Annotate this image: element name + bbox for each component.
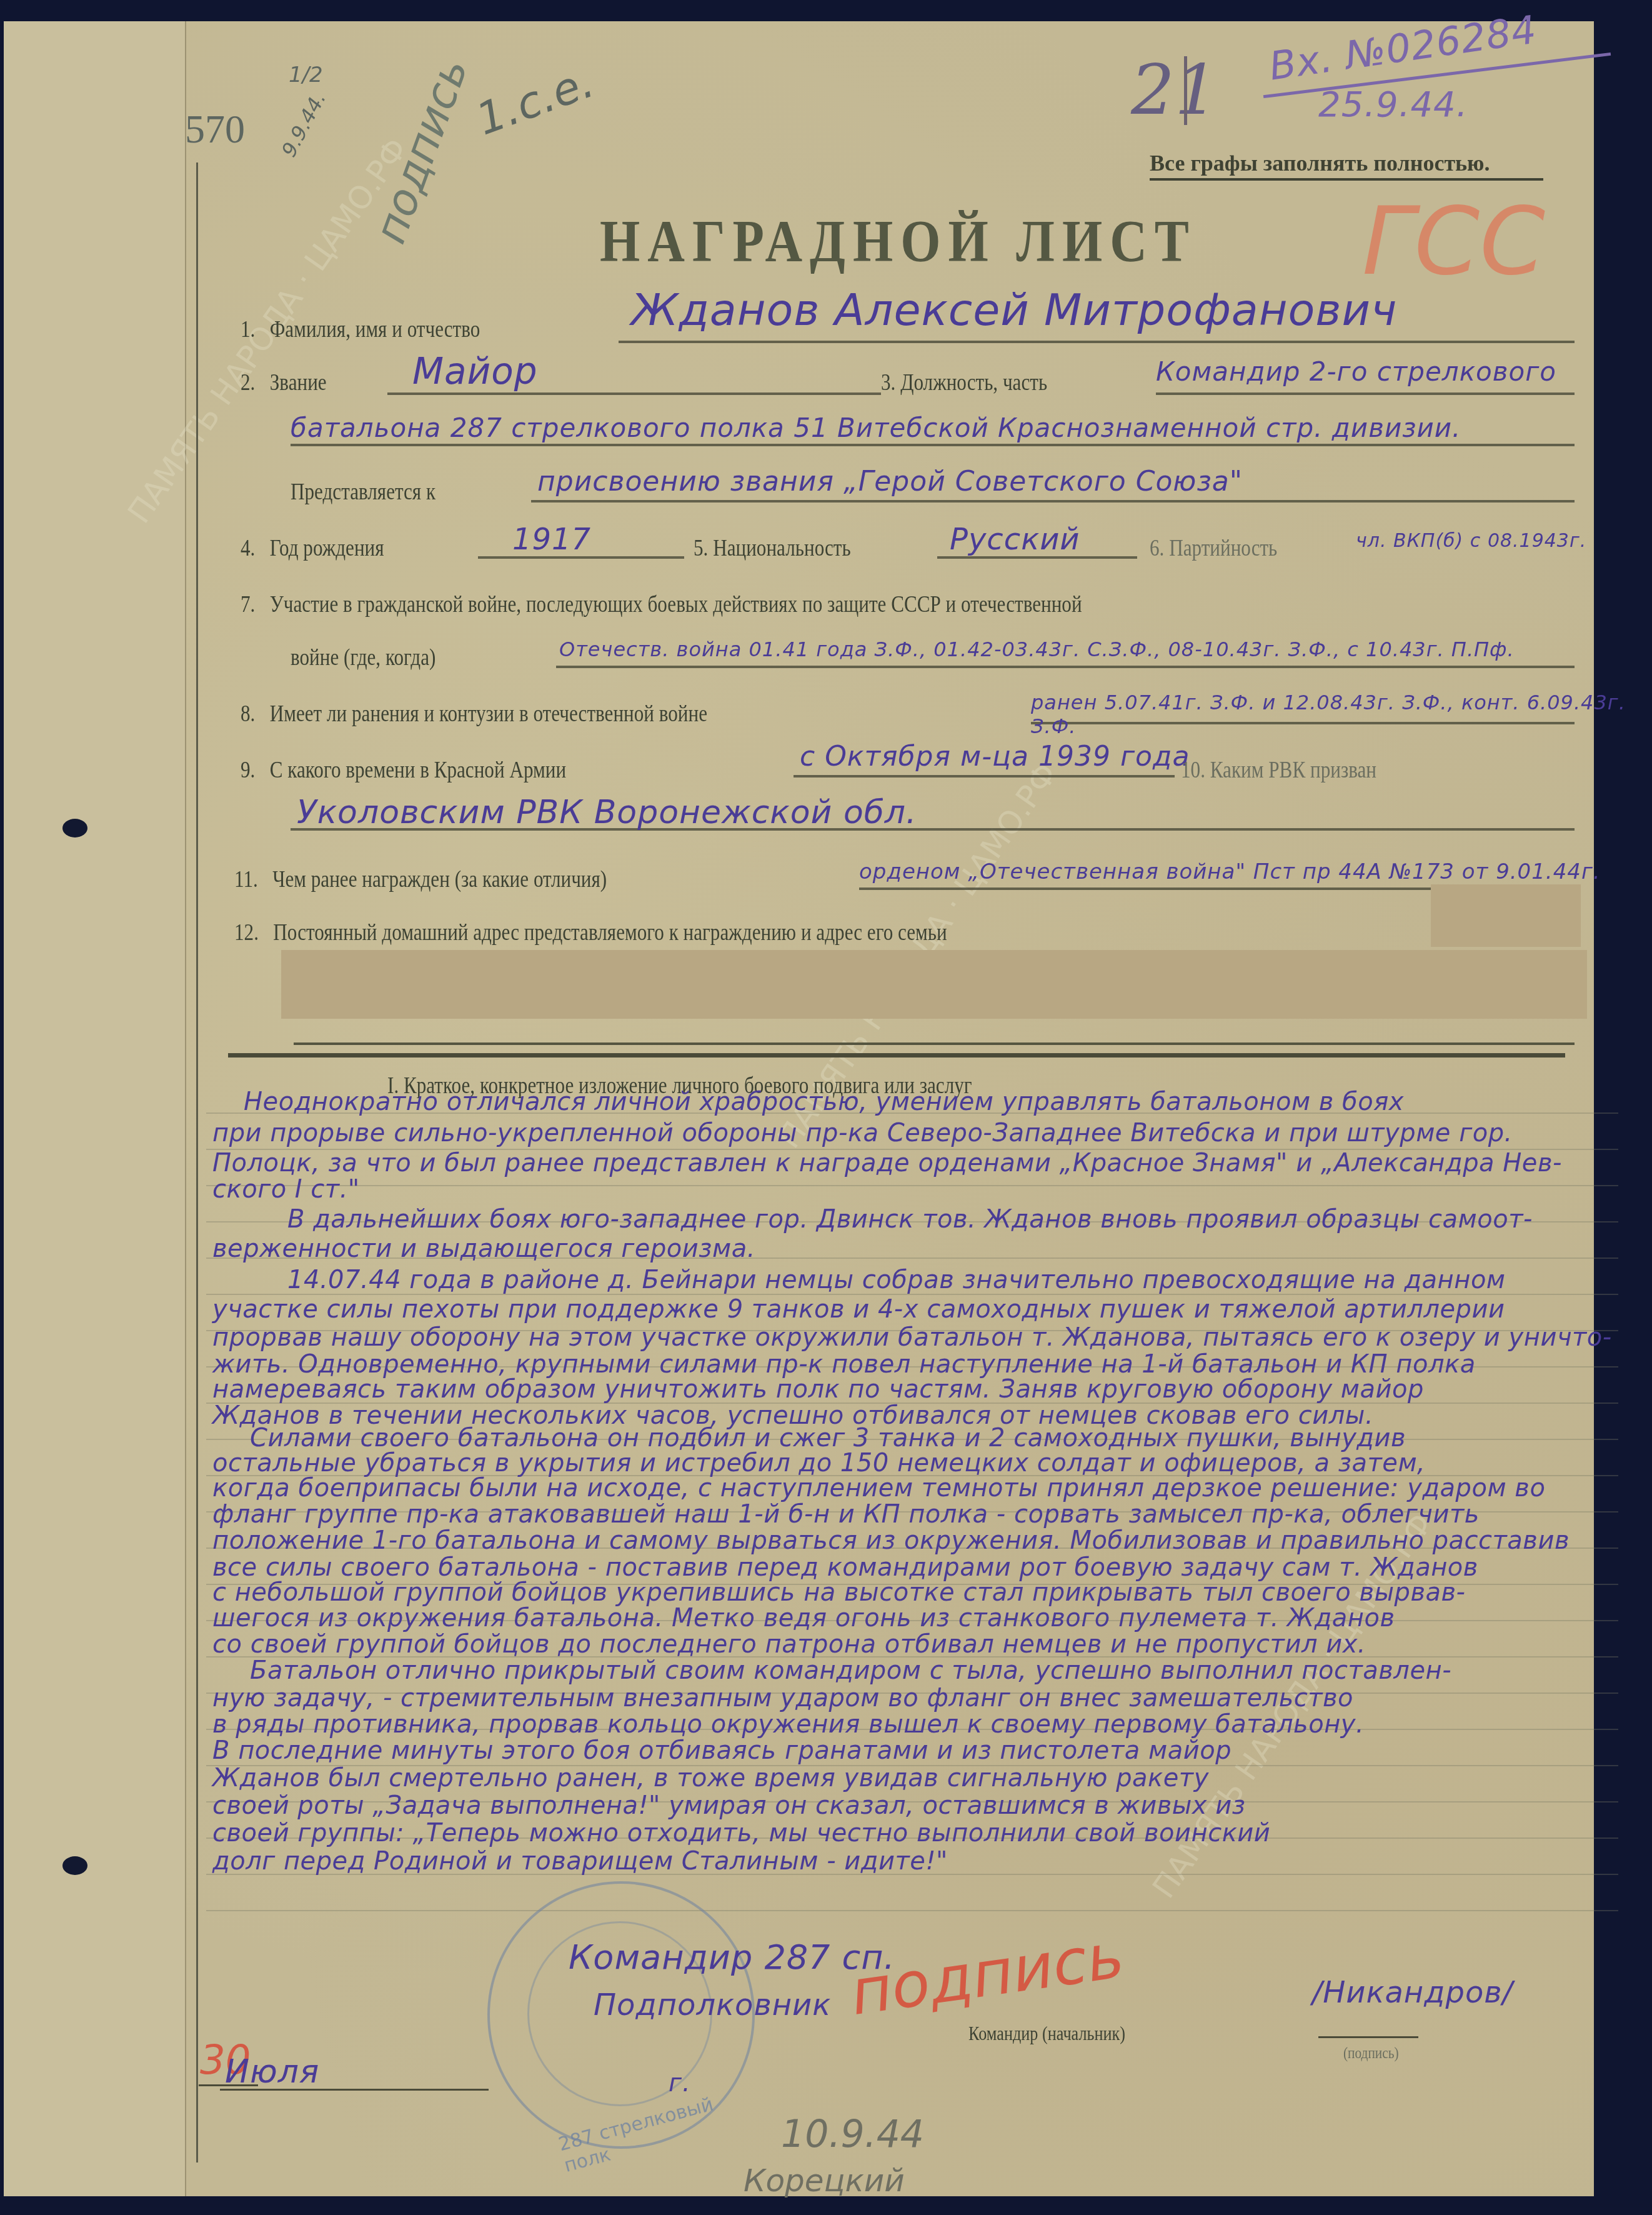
divider <box>294 1042 1575 1045</box>
red-mark: ГСС <box>1362 187 1545 296</box>
field-12-label: 12. Постоянный домашний адрес представля… <box>234 919 947 946</box>
narrative-line: когда боеприпасы были на исходе, с насту… <box>212 1474 1545 1502</box>
narrative-line: положение 1-го батальона и самому вырват… <box>212 1526 1570 1555</box>
narrative-line: ского I ст." <box>212 1175 360 1204</box>
narrative-line: со своей группой бойцов до последнего па… <box>212 1630 1366 1659</box>
divider-thick <box>228 1053 1565 1057</box>
redacted-address-part <box>1431 884 1581 947</box>
narrative-line: Батальон отлично прикрытый своим команди… <box>250 1656 1451 1685</box>
narrative-line: Полоцк, за что и был ранее представлен к… <box>212 1149 1562 1177</box>
page-number: 21 <box>1131 50 1218 130</box>
field-2-value-rank: Майор <box>412 350 538 392</box>
field-6-value-party: чл. ВКП(б) с 08.1943г. <box>1356 530 1586 552</box>
field-5-value-nationality: Русский <box>950 522 1080 557</box>
presented-for-label: Представляется к <box>291 478 435 506</box>
narrative-line: 14.07.44 года в районе д. Бейнари немцы … <box>287 1266 1506 1294</box>
signature-line <box>1318 2036 1418 2038</box>
pencil-name: Корецкий <box>744 2162 905 2199</box>
field-8-label: 8. Имеет ли ранения и контузии в отечест… <box>241 700 707 727</box>
presented-for-value: присвоению звания „Герой Советского Союз… <box>537 466 1243 497</box>
narrative-line: Жданов был смертельно ранен, в тоже врем… <box>212 1764 1209 1792</box>
field-9-value-since: с Октября м-ца 1939 года <box>800 741 1190 772</box>
narrative-line: участке силы пехоты при поддержке 9 танк… <box>212 1295 1505 1324</box>
field-5-label: 5. Национальность <box>694 534 851 562</box>
narrative-line: В дальнейших боях юго-западнее гор. Двин… <box>287 1205 1533 1234</box>
margin-rule <box>196 162 198 2162</box>
field-7-label: 7. Участие в гражданской войне, последую… <box>241 591 1082 618</box>
narrative-line: шегося из окружения батальона. Метко вед… <box>212 1604 1395 1632</box>
binding-stub <box>4 21 186 2196</box>
instruction-underline <box>1150 178 1543 181</box>
page-number-bar <box>1184 56 1187 125</box>
narrative-line: в ряды противника, прорвав кольцо окруже… <box>212 1710 1364 1739</box>
archive-fraction: 1/2 <box>289 62 323 87</box>
narrative-line: прорвав нашу оборону на этом участке окр… <box>212 1323 1612 1352</box>
field-10-label: 10. Каким РВК призван <box>1181 756 1376 784</box>
field-10-value-rvk: Уколовским РВК Воронежской обл. <box>297 794 917 831</box>
field-8-value-wounds: ранен 5.07.41г. З.Ф. и 12.08.43г. З.Ф., … <box>1031 691 1652 738</box>
instruction-text: Все графы заполнять полностью. <box>1150 150 1490 176</box>
narrative-line: долг перед Родиной и товарищем Сталиным … <box>212 1847 948 1876</box>
narrative-line: своей группы: „Теперь можно отходить, мы… <box>212 1819 1270 1847</box>
field-1-value-fullname: Жданов Алексей Митрофанович <box>631 284 1397 336</box>
field-4-value-birthyear: 1917 <box>512 522 591 557</box>
narrative-line: В последние минуты этого боя отбиваясь г… <box>212 1736 1232 1765</box>
registry-date: 25.9.44. <box>1318 84 1468 125</box>
field-3-value-unit: батальона 287 стрелкового полка 51 Витеб… <box>291 412 1461 443</box>
narrative-line: ную задачу, - стремительным внезапным уд… <box>212 1684 1353 1712</box>
field-1-label: 1. Фамилия, имя и отчество <box>241 316 480 343</box>
pencil-date: 10.9.44 <box>781 2112 924 2156</box>
narrative-line: намереваясь таким образом уничтожить пол… <box>212 1375 1424 1404</box>
narrative-line: фланг группе пр-ка атаковавшей наш 1-й б… <box>212 1500 1480 1529</box>
field-3-label: 3. Должность, часть <box>881 369 1047 396</box>
redacted-address <box>281 950 1587 1019</box>
field-11-label: 11. Чем ранее награжден (за какие отличи… <box>234 866 607 893</box>
field-7-label-cont: войне (где, когда) <box>291 644 435 671</box>
field-7-value-service: Отечеств. война 01.41 года З.Ф., 01.42-0… <box>559 637 1515 661</box>
field-4-label: 4. Год рождения <box>241 534 384 562</box>
narrative-line: при прорыве сильно-укрепленной обороны п… <box>212 1119 1513 1147</box>
field-11-value-awards: орденом „Отечественная война" Пст пр 44А… <box>859 859 1601 884</box>
narrative-line: верженности и выдающегося героизма. <box>212 1234 755 1263</box>
signer-rank: Подполковник <box>594 1987 831 2022</box>
date-month: Июля <box>225 2053 319 2091</box>
archive-number: 570 <box>185 106 245 152</box>
narrative-line: с небольшой группой бойцов укрепившись н… <box>212 1578 1466 1607</box>
narrative-line: Неоднократно отличался личной храбростью… <box>244 1087 1404 1116</box>
signer-caption: Командир (начальник) <box>968 2022 1125 2045</box>
document-title: НАГРАДНОЙ ЛИСТ <box>600 206 1197 276</box>
signer-name: /Никандров/ <box>1312 1975 1513 2010</box>
signer-subcaption: (подпись) <box>1343 2044 1399 2062</box>
binding-hole <box>62 819 87 837</box>
field-9-label: 9. С какого времени в Красной Армии <box>241 756 566 784</box>
narrative-line: своей роты „Задача выполнена!" умирая он… <box>212 1791 1245 1820</box>
date-suffix: г. <box>669 2069 691 2097</box>
binding-hole <box>62 1856 87 1875</box>
field-2-label: 2. Звание <box>241 369 327 396</box>
field-6-label: 6. Партийность <box>1150 534 1277 562</box>
field-3-value-position: Командир 2-го стрелкового <box>1156 356 1556 387</box>
